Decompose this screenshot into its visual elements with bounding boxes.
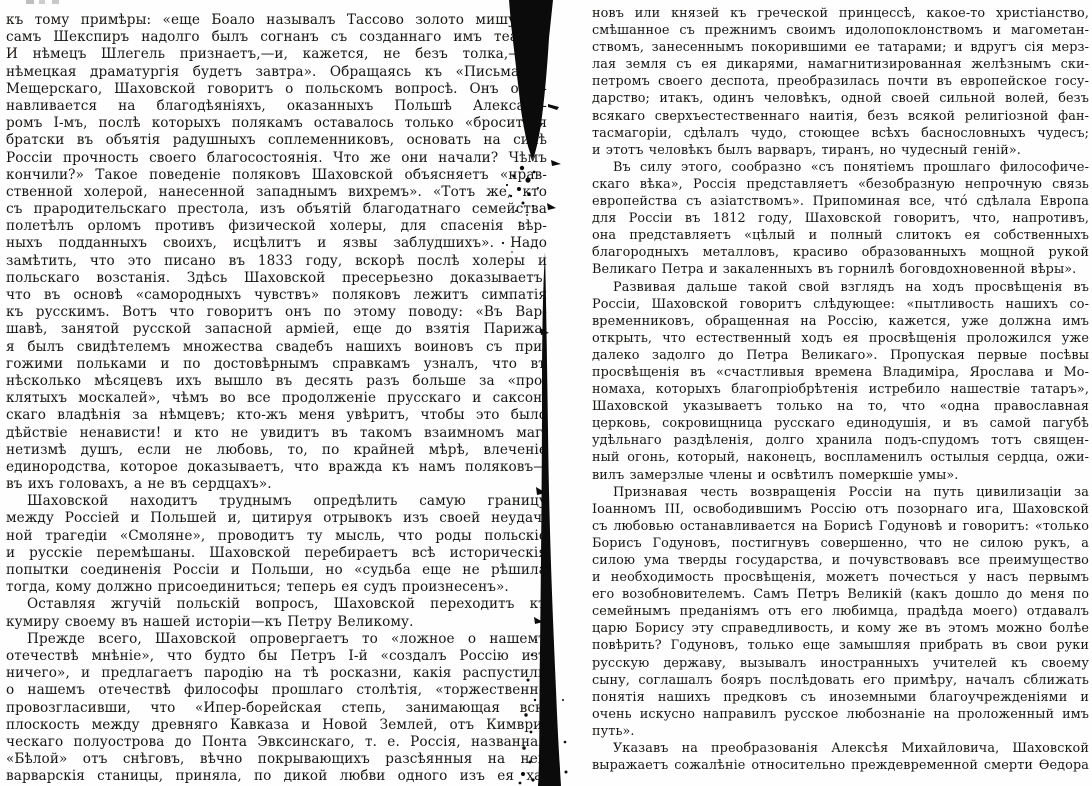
text-line: клятыхъ москалей», чѣмъ во все продолжен… — [6, 390, 547, 407]
page-right-text: новъ или князей къ греческой принцессѣ, … — [592, 5, 1089, 774]
text-line: ческаго полуострова до Понта Эвксинскаго… — [6, 734, 547, 751]
text-line: открыть, что естественный ходъ ея просвѣ… — [592, 330, 1089, 347]
text-line: съ прародительскаго престола, изъ объяті… — [6, 201, 547, 218]
text-line: варварскія станицы, приняла, по дикой лю… — [6, 768, 547, 785]
text-line: тогда, кому должно присоединиться; тепер… — [6, 579, 547, 596]
text-line: смѣшанное съ прежнимъ своимъ идолопоклон… — [592, 22, 1089, 39]
text-line: Іоанномъ III, освободившимъ Россію отъ п… — [592, 501, 1089, 518]
text-line: его возобновителемъ. Самъ Петръ Великій … — [592, 586, 1089, 603]
text-line: она представляетъ «цѣлый и полный слиток… — [592, 227, 1089, 244]
text-line: Шаховской указываетъ только на то, что «… — [592, 398, 1089, 415]
text-line: польскаго возстанія. Здѣсь Шаховской пре… — [6, 270, 547, 287]
text-line: къ тому примѣры: «еще Боало называлъ Тас… — [6, 12, 547, 29]
text-line: плоскость между древняго Кавказа и Новой… — [6, 717, 547, 734]
text-line: гожими польками и по достовѣрнымъ справк… — [6, 356, 547, 373]
text-line: съ любовью останавливается на Борисѣ Год… — [592, 518, 1089, 535]
text-line: дѣйствіе ненависти! и кто не увидитъ въ … — [6, 425, 547, 442]
text-line: ствомъ, занесеннымъ покорившими ее татар… — [592, 39, 1089, 56]
text-line: понятія нашихъ предковъ съ иноземными бл… — [592, 689, 1089, 706]
text-line: церковь, сокровищница русскаго единодуші… — [592, 415, 1089, 432]
text-line: Россіи прочность своего благосостоянія. … — [6, 150, 547, 167]
text-line: единородства, которое доказываетъ, что в… — [6, 459, 547, 476]
text-line: просвѣщенія въ «счастливыя времена Влади… — [592, 364, 1089, 381]
text-line: благородныхъ металловъ, красиво образова… — [592, 244, 1089, 261]
text-line: и этотъ человѣкъ былъ варваръ, тиранъ, н… — [592, 142, 1089, 159]
text-line: очень искусно направилъ русское любознан… — [592, 706, 1089, 723]
text-line: къ русскимъ. Вотъ что говоритъ онъ по эт… — [6, 304, 547, 321]
page-left-text: къ тому примѣры: «еще Боало называлъ Тас… — [6, 12, 547, 785]
text-line: всякаго сверхъестественнаго наитія, безъ… — [592, 108, 1089, 125]
text-line: о нашемъ отечествѣ философы прошлаго сто… — [6, 682, 547, 699]
text-line: скаго вѣка», Россія представляетъ «безоб… — [592, 176, 1089, 193]
text-line: Шаховской находитъ труднымъ опредѣлить с… — [6, 493, 547, 510]
text-line: и необходимость просвѣщенія, можетъ поче… — [592, 569, 1089, 586]
text-line: лая земля съ ея дикарями, намагнитизиров… — [592, 56, 1089, 73]
text-line: повѣрить? Годуновъ, только еще замышляя … — [592, 637, 1089, 654]
page-right: новъ или князей къ греческой принцессѣ, … — [592, 5, 1089, 774]
text-line: полетѣлъ орломъ противъ физической холер… — [6, 218, 547, 235]
text-line: братски въ объятія радушныхъ соплеменник… — [6, 132, 547, 149]
text-line: скаго владѣнія за нѣмцевъ; кто-жъ меня у… — [6, 407, 547, 424]
text-line: Въ силу этого, сообразно «съ понятіемъ п… — [592, 159, 1089, 176]
text-line: Великаго Петра и закаленныхъ въ горнилѣ … — [592, 261, 1089, 278]
book-spread: къ тому примѣры: «еще Боало называлъ Тас… — [0, 0, 1092, 786]
text-line: «Бѣлой» отъ снѣговъ, вѣчно покрывающихъ … — [6, 751, 547, 768]
text-line: Борисъ Годуновъ, постигнувъ совершенно, … — [592, 535, 1089, 552]
text-line: Развивая дальше такой свой взглядъ на хо… — [592, 279, 1089, 296]
text-line: провозгласивши, что «Ипер-борейская степ… — [6, 700, 547, 717]
text-line: удѣльнаго раздѣленія, долго хранила подъ… — [592, 432, 1089, 449]
text-line: въ ихъ головахъ, а не въ сердцахъ». — [6, 476, 547, 493]
text-line: попытки соединенія Россіи и Польши, но «… — [6, 562, 547, 579]
text-line: ной трагедіи «Смоляне», проводитъ ту мыс… — [6, 528, 547, 545]
text-line: Указавъ на преобразованія Алексѣя Михайл… — [592, 740, 1089, 757]
text-line: для Россіи въ 1812 году, Шаховской говор… — [592, 210, 1089, 227]
text-line: нѣмецкая драматургія будетъ завтра». Обр… — [6, 64, 547, 81]
text-line: Оставляя жгучій польскій вопросъ, Шаховс… — [6, 596, 547, 613]
text-line: далеко задолго до Петра Великаго». Пропу… — [592, 347, 1089, 364]
text-line: что въ основѣ «самородныхъ чувствъ» поля… — [6, 287, 547, 304]
page-number-remnant-artifact — [26, 0, 72, 4]
text-line: ныхъ подданныхъ своихъ, исцѣлитъ и язвы … — [6, 235, 547, 252]
text-line: ственной холерой, нанесенной западнымъ в… — [6, 184, 547, 201]
text-line: шавѣ, занятой русской запасной арміей, е… — [6, 321, 547, 338]
text-line: вилъ замерзлые члены и освѣтилъ померкші… — [592, 467, 1089, 484]
text-line: временниковъ, обращенная на Россію, каже… — [592, 313, 1089, 330]
text-line: русскую державу, вызывалъ иностранныхъ у… — [592, 655, 1089, 672]
text-line: Мещерскаго, Шаховской говоритъ о польско… — [6, 81, 547, 98]
text-line: я былъ свидѣтелемъ множества свадебъ наш… — [6, 339, 547, 356]
text-line: новъ или князей къ греческой принцессѣ, … — [592, 5, 1089, 22]
text-line: и русскіе перемѣшаны. Шаховской перебира… — [6, 545, 547, 562]
text-line: дарство; итакъ, одинъ человѣкъ, одной св… — [592, 90, 1089, 107]
text-line: Признавая честь возвращенія Россіи на пу… — [592, 484, 1089, 501]
text-line: ный огонь, который, наконецъ, воспламени… — [592, 449, 1089, 466]
text-line: И нѣмецъ Шлегель признаетъ,—и, кажется, … — [6, 46, 547, 63]
text-line: семейнымъ преданіямъ отъ его любимца, пр… — [592, 603, 1089, 620]
text-line: царю Борису эту справедливость, и кому ж… — [592, 620, 1089, 637]
text-line: выражаетъ сожалѣніе относительно преждев… — [592, 757, 1089, 774]
text-line: ничего», и предлагаетъ пародію на тѣ рос… — [6, 665, 547, 682]
text-line: сыну, соглашалъ бояръ послѣдовать его пр… — [592, 672, 1089, 689]
text-line: Прежде всего, Шаховской опровергаетъ то … — [6, 631, 547, 648]
text-line: кончили?» Такое поведеніе поляковъ Шахов… — [6, 167, 547, 184]
text-line: самъ Шекспиръ надолго былъ согнанъ съ со… — [6, 29, 547, 46]
text-line: замѣтить, что это писано въ 1833 году, в… — [6, 253, 547, 270]
text-line: отечествѣ мнѣніе», что будто бы Петръ I-… — [6, 648, 547, 665]
text-line: петромъ своего деспота, преобразилась по… — [592, 73, 1089, 90]
text-line: между Россіей и Польшей и, цитируя отрыв… — [6, 510, 547, 527]
text-line: Россіи, Шаховской говоритъ слѣдующее: «п… — [592, 296, 1089, 313]
text-line: европейства съ азіатствомъ». Припоминая … — [592, 193, 1089, 210]
text-line: ромъ I-мъ, послѣ которыхъ полякамъ остав… — [6, 115, 547, 132]
text-line: тасмагоріи, сдѣлалъ чудо, стоющее всѣхъ … — [592, 125, 1089, 142]
page-left: къ тому примѣры: «еще Боало называлъ Тас… — [6, 12, 547, 785]
text-line: навливается на благодѣяніяхъ, оказанныхъ… — [6, 98, 547, 115]
text-line: силою ума тверды государства, и почувств… — [592, 552, 1089, 569]
text-line: путь». — [592, 723, 1089, 740]
text-line: нетизмѣ душъ, если не любовь, то, по кра… — [6, 442, 547, 459]
text-line: номаха, которыхъ благопріобрѣтенія истре… — [592, 381, 1089, 398]
text-line: нѣсколько мѣсяцевъ ихъ вышло въ десять р… — [6, 373, 547, 390]
text-line: кумиру своему въ нашей исторіи—къ Петру … — [6, 614, 547, 631]
